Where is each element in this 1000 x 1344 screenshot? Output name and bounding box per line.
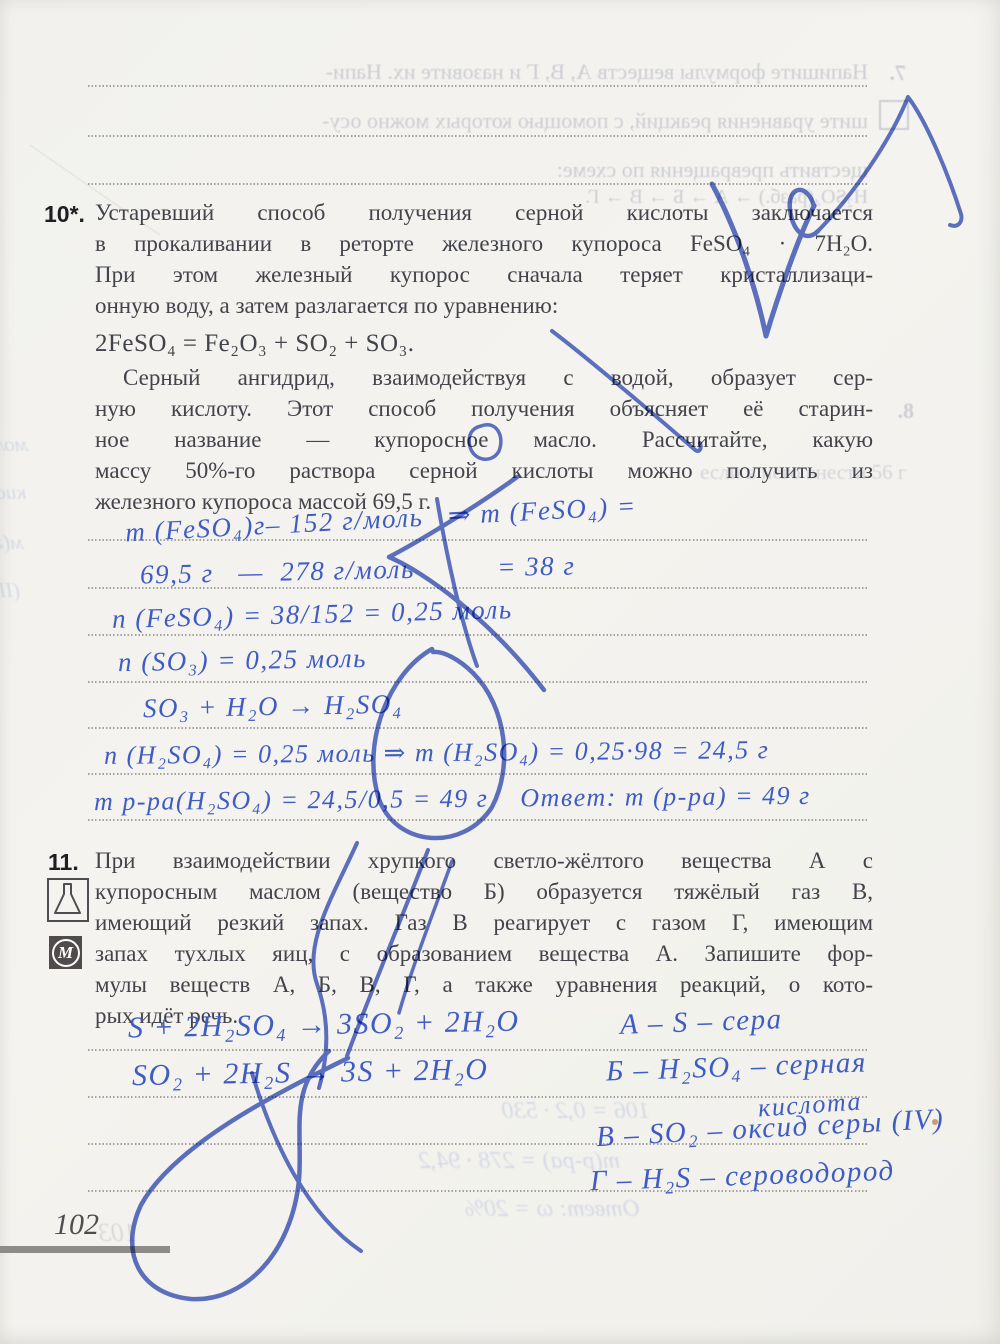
- pen-stroke-check-top: [712, 184, 814, 336]
- pen-stroke-diagonal-upper: [552, 331, 701, 451]
- paper-speck: [932, 1119, 938, 1125]
- pen-stroke-big-oval: [373, 649, 504, 838]
- pen-scribbles-overlay: [0, 0, 1000, 1344]
- pen-stroke-small-circle: [469, 425, 501, 460]
- pen-stroke-vertical-mid: [437, 499, 477, 666]
- scan-crease-line: [30, 145, 160, 235]
- pen-stroke-arc-right: [818, 97, 961, 231]
- pen-stroke-bottom-loop: [132, 1051, 348, 1299]
- pen-stroke-tangle-3: [399, 861, 452, 1013]
- pen-stroke-check-mid: [389, 477, 544, 690]
- pen-stroke-tangle-2: [347, 850, 428, 1056]
- workbook-page: Напишите формулы веществ А, В, Г и назов…: [0, 0, 1000, 1344]
